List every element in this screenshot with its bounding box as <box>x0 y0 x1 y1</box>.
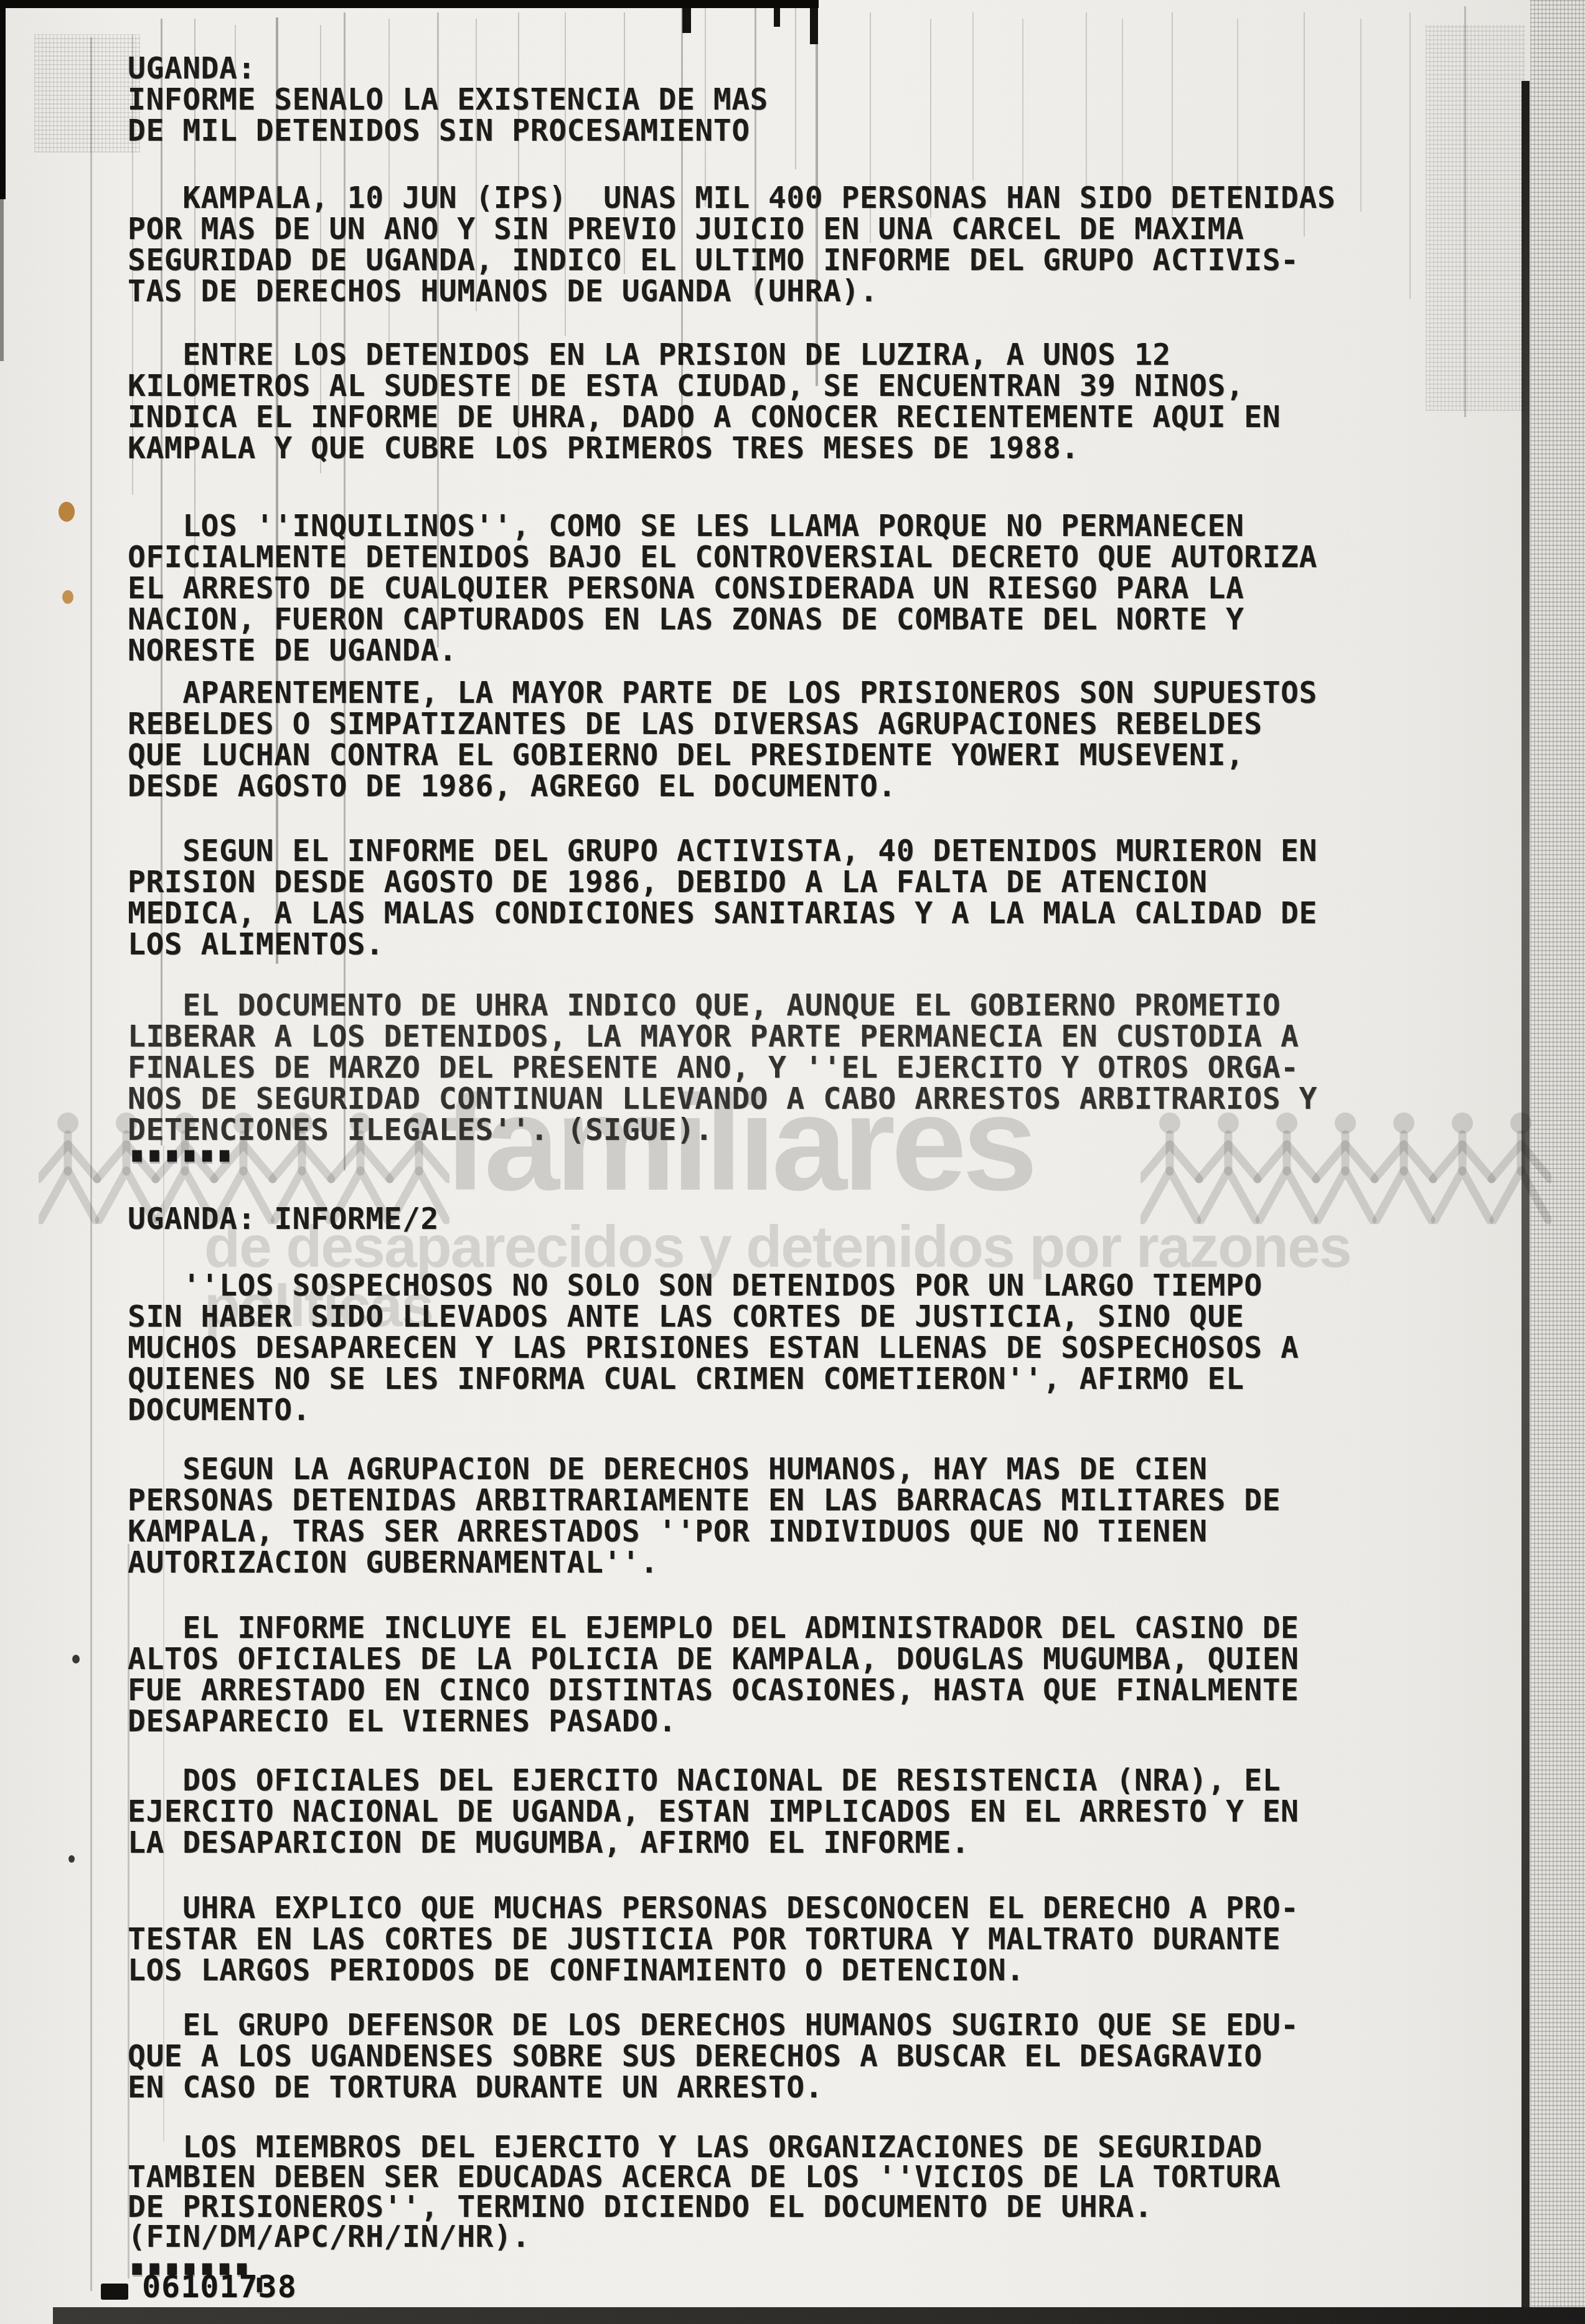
paragraph: EL DOCUMENTO DE UHRA INDICO QUE, AUNQUE … <box>128 990 1317 1146</box>
continuation-header: UGANDA: INFORME/2 <box>128 1203 439 1235</box>
doc-number: 06101738 <box>142 2271 297 2302</box>
doc-number-mark-icon <box>101 2284 128 2300</box>
paragraph: KAMPALA, 10 JUN (IPS) UNAS MIL 400 PERSO… <box>128 182 1335 307</box>
scanned-telex-page: familiares de desaparecidos y detenidos … <box>0 0 1585 2324</box>
paragraph: UHRA EXPLICO QUE MUCHAS PERSONAS DESCONO… <box>128 1893 1299 1986</box>
paragraph: LOS MIEMBROS DEL EJERCITO Y LAS ORGANIZA… <box>128 2132 1281 2252</box>
paragraph: SEGUN EL INFORME DEL GRUPO ACTIVISTA, 40… <box>128 835 1317 960</box>
paragraph: ENTRE LOS DETENIDOS EN LA PRISION DE LUZ… <box>128 339 1281 464</box>
paragraph: DOS OFICIALES DEL EJERCITO NACIONAL DE R… <box>128 1765 1299 1858</box>
paragraph: LOS ''INQUILINOS'', COMO SE LES LLAMA PO… <box>128 510 1317 666</box>
paragraph: EL GRUPO DEFENSOR DE LOS DERECHOS HUMANO… <box>128 2010 1299 2103</box>
paragraph: SEGUN LA AGRUPACION DE DERECHOS HUMANOS,… <box>128 1454 1281 1578</box>
page-title: UGANDA: INFORME SENALO LA EXISTENCIA DE … <box>128 53 768 146</box>
paragraph: APARENTEMENTE, LA MAYOR PARTE DE LOS PRI… <box>128 677 1317 802</box>
paragraph: ''LOS SOSPECHOSOS NO SOLO SON DETENIDOS … <box>128 1270 1299 1426</box>
paragraph: EL INFORME INCLUYE EL EJEMPLO DEL ADMINI… <box>128 1612 1299 1737</box>
section-separator: ------ <box>128 1136 233 1168</box>
